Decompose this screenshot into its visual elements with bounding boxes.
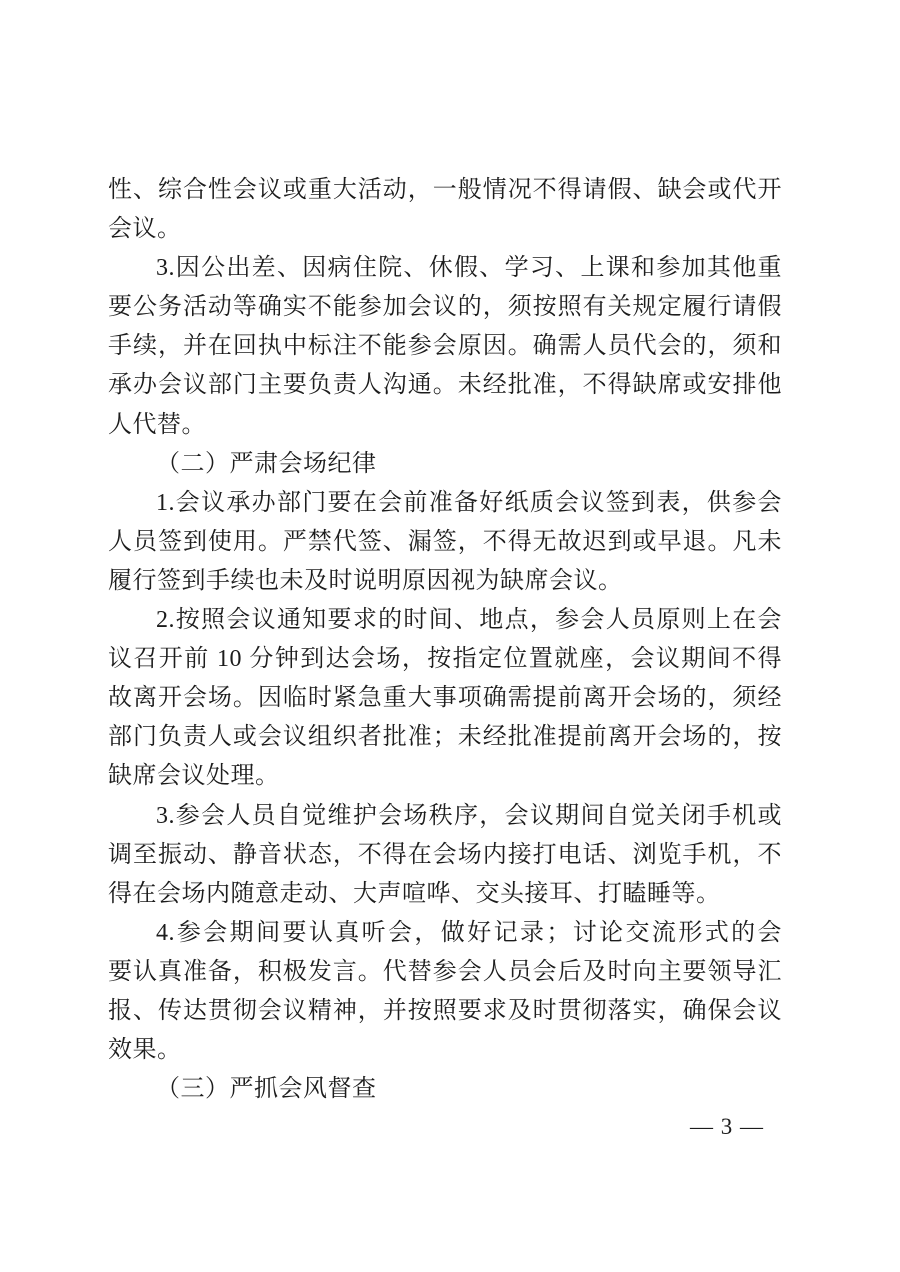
section-heading: （二）严肃会场纪律 bbox=[108, 445, 782, 484]
text-line: 手续，并在回执中标注不能参会原因。确需人员代会的，须和 bbox=[108, 327, 782, 366]
document-page: 性、综合性会议或重大活动，一般情况不得请假、缺会或代开会议。3.因公出差、因病住… bbox=[0, 0, 900, 1272]
text-line: 会议。 bbox=[108, 210, 782, 249]
text-line: 部门负责人或会议组织者批准；未经批准提前离开会场的，按 bbox=[108, 718, 782, 757]
text-line: 调至振动、静音状态，不得在会场内接打电话、浏览手机，不 bbox=[108, 836, 782, 875]
text-line: 履行签到手续也未及时说明原因视为缺席会议。 bbox=[108, 562, 782, 601]
text-line: 承办会议部门主要负责人沟通。未经批准，不得缺席或安排他 bbox=[108, 366, 782, 405]
text-line: 故离开会场。因临时紧急重大事项确需提前离开会场的，须经 bbox=[108, 679, 782, 718]
text-line: 2.按照会议通知要求的时间、地点，参会人员原则上在会 bbox=[108, 601, 782, 640]
text-line: 议召开前 10 分钟到达会场，按指定位置就座，会议期间不得无 bbox=[108, 640, 782, 679]
text-line: 1.会议承办部门要在会前准备好纸质会议签到表，供参会 bbox=[108, 484, 782, 523]
page-number: — 3 — bbox=[690, 1112, 764, 1142]
text-line: 缺席会议处理。 bbox=[108, 757, 782, 796]
text-line: 效果。 bbox=[108, 1031, 782, 1070]
text-line: 得在会场内随意走动、大声喧哗、交头接耳、打瞌睡等。 bbox=[108, 875, 782, 914]
text-line: 3.因公出差、因病住院、休假、学习、上课和参加其他重 bbox=[108, 249, 782, 288]
text-line: 要公务活动等确实不能参加会议的，须按照有关规定履行请假 bbox=[108, 288, 782, 327]
body-text-block: 性、综合性会议或重大活动，一般情况不得请假、缺会或代开会议。3.因公出差、因病住… bbox=[108, 171, 782, 1109]
text-line: 性、综合性会议或重大活动，一般情况不得请假、缺会或代开 bbox=[108, 171, 782, 210]
text-line: 人代替。 bbox=[108, 406, 782, 445]
section-heading: （三）严抓会风督查 bbox=[108, 1070, 782, 1109]
text-line: 人员签到使用。严禁代签、漏签，不得无故迟到或早退。凡未 bbox=[108, 523, 782, 562]
text-line: 3.参会人员自觉维护会场秩序，会议期间自觉关闭手机或 bbox=[108, 797, 782, 836]
text-line: 要认真准备，积极发言。代替参会人员会后及时向主要领导汇 bbox=[108, 953, 782, 992]
text-line: 4.参会期间要认真听会，做好记录；讨论交流形式的会议， bbox=[108, 914, 782, 953]
text-line: 报、传达贯彻会议精神，并按照要求及时贯彻落实，确保会议 bbox=[108, 992, 782, 1031]
